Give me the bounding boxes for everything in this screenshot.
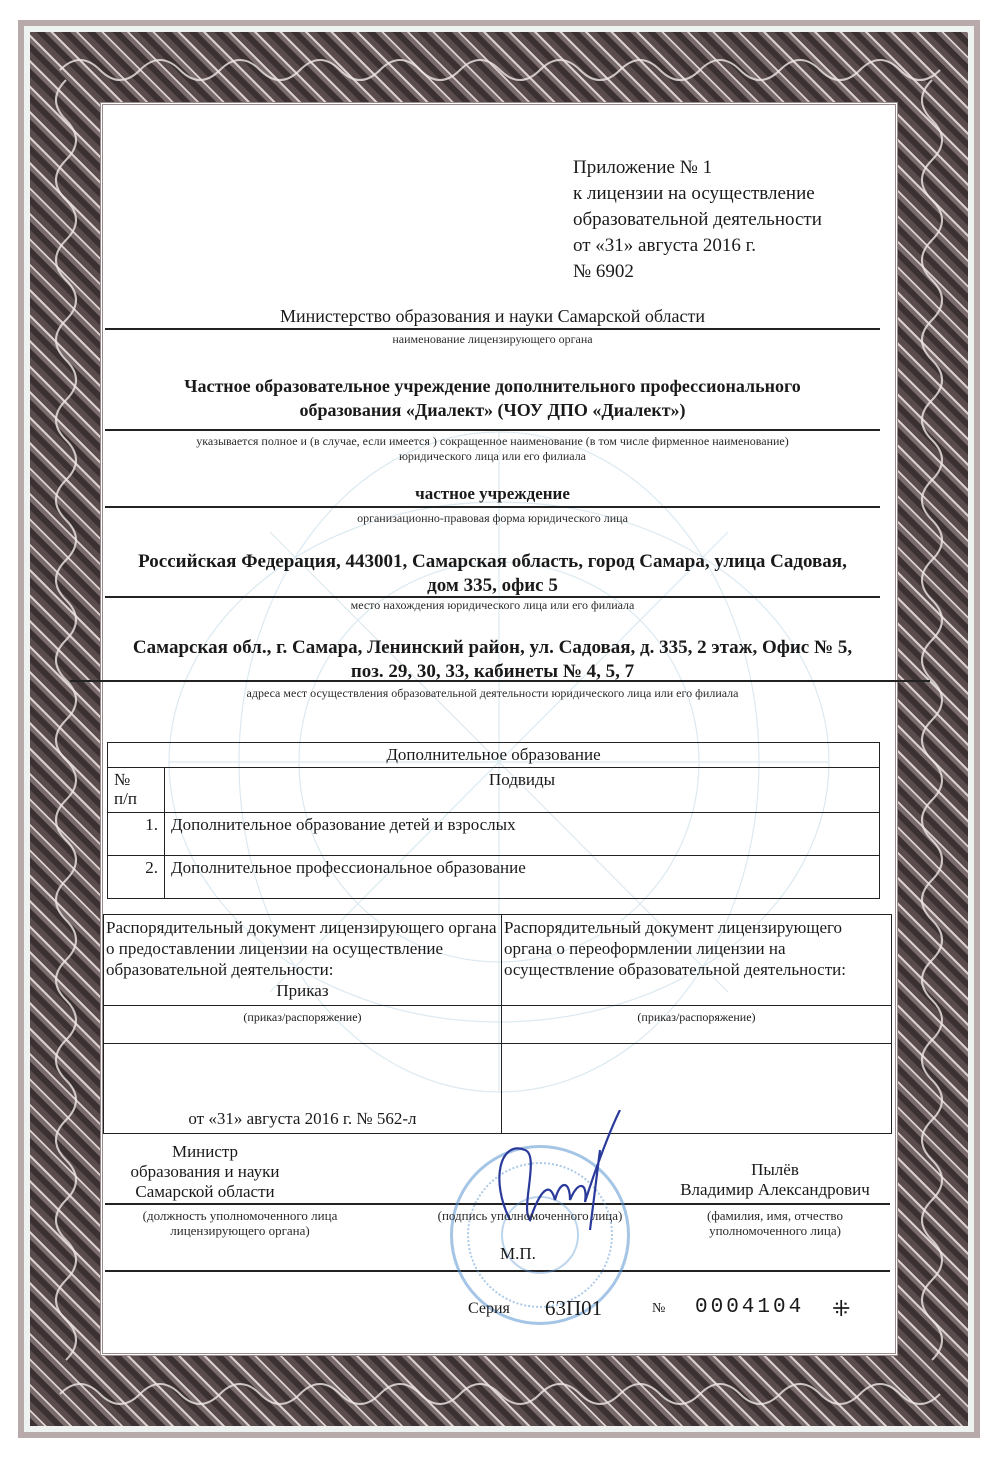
series-label: Серия — [468, 1300, 510, 1318]
form-number-value: 0004104 — [695, 1296, 804, 1319]
row-subtype-name: Дополнительное профессиональное образова… — [165, 856, 880, 899]
grant-document-details: от «31» августа 2016 г. № 562-л — [104, 1044, 502, 1134]
row-number: 2. — [108, 856, 165, 899]
column-header-number-line-1: № — [114, 770, 158, 789]
column-header-subtypes: Подвиды — [165, 768, 880, 813]
reissue-document-heading: Распорядительный документ лицензирующего… — [504, 917, 889, 980]
legal-address: Российская Федерация, 443001, Самарская … — [105, 550, 880, 598]
appendix-license-number: № 6902 — [573, 259, 822, 285]
administrative-documents-table: Распорядительный документ лицензирующего… — [103, 914, 892, 1134]
number-label: № — [652, 1301, 665, 1317]
organization-caption-line-2: юридического лица или его филиала — [105, 449, 880, 464]
legal-address-line-2: дом 335, офис 5 — [105, 574, 880, 598]
appendix-header: Приложение № 1 к лицензии на осуществлен… — [573, 155, 822, 285]
grant-document-type: Приказ — [106, 980, 499, 1001]
activity-address-line-1: Самарская обл., г. Самара, Ленинский рай… — [105, 636, 880, 660]
organization-name: Частное образовательное учреждение допол… — [105, 374, 880, 422]
authorized-person-name: Пылёв Владимир Александрович — [660, 1160, 890, 1200]
legal-form-value: частное учреждение — [105, 484, 880, 504]
education-types-table: Дополнительное образование № п/п Подвиды… — [107, 742, 880, 899]
activity-address-caption: адреса мест осуществления образовательно… — [105, 686, 880, 701]
name-line-1: Пылёв — [660, 1160, 890, 1180]
licensing-body-caption: наименование лицензирующего органа — [105, 332, 880, 347]
row-subtype-name: Дополнительное образование детей и взрос… — [165, 813, 880, 856]
legal-address-line-1: Российская Федерация, 443001, Самарская … — [105, 550, 880, 574]
name-line-2: Владимир Александрович — [660, 1180, 890, 1200]
reissue-document-cell: Распорядительный документ лицензирующего… — [501, 915, 891, 1006]
table-row: 1. Дополнительное образование детей и вз… — [108, 813, 880, 856]
column-header-number: № п/п — [108, 768, 165, 813]
organization-caption: указывается полное и (в случае, если име… — [105, 434, 880, 464]
appendix-subtitle-2: образовательной деятельности — [573, 207, 822, 233]
position-line-3: Самарской области — [110, 1182, 300, 1202]
name-caption-line-1: (фамилия, имя, отчество — [660, 1208, 890, 1223]
organization-caption-line-1: указывается полное и (в случае, если име… — [105, 434, 880, 449]
appendix-subtitle-1: к лицензии на осуществление — [573, 181, 822, 207]
seal-label: М.П. — [500, 1244, 536, 1264]
position-caption: (должность уполномоченного лица лицензир… — [110, 1208, 370, 1238]
appendix-date: от «31» августа 2016 г. — [573, 233, 822, 259]
signature-caption: (подпись уполномоченного лица) — [410, 1208, 650, 1223]
row-number: 1. — [108, 813, 165, 856]
reissue-type-caption: (приказ/распоряжение) — [501, 1006, 891, 1044]
security-mark-icon: ⁜ — [832, 1296, 850, 1322]
grant-document-cell: Распорядительный документ лицензирующего… — [104, 915, 502, 1006]
documents-heading-row: Распорядительный документ лицензирующего… — [104, 915, 892, 1006]
legal-address-caption: место нахождения юридического лица или е… — [105, 598, 880, 613]
column-header-number-line-2: п/п — [114, 789, 158, 808]
grant-document-heading: Распорядительный документ лицензирующего… — [106, 917, 499, 980]
appendix-title: Приложение № 1 — [573, 155, 822, 181]
table-title-row: Дополнительное образование — [108, 743, 880, 768]
licensing-body-value: Министерство образования и науки Самарск… — [105, 306, 880, 327]
table-row: 2. Дополнительное профессиональное образ… — [108, 856, 880, 899]
documents-caption-row: (приказ/распоряжение) (приказ/распоряжен… — [104, 1006, 892, 1044]
series-value: 63П01 — [545, 1296, 602, 1321]
name-caption: (фамилия, имя, отчество уполномоченного … — [660, 1208, 890, 1238]
divider — [70, 680, 930, 682]
position-caption-line-1: (должность уполномоченного лица — [110, 1208, 370, 1223]
divider — [105, 506, 880, 508]
grant-type-caption: (приказ/распоряжение) — [104, 1006, 502, 1044]
position-caption-line-2: лицензирующего органа) — [110, 1223, 370, 1238]
name-caption-line-2: уполномоченного лица) — [660, 1223, 890, 1238]
organization-name-line-1: Частное образовательное учреждение допол… — [105, 374, 880, 398]
activity-address: Самарская обл., г. Самара, Ленинский рай… — [105, 636, 880, 684]
legal-form-caption: организационно-правовая форма юридическо… — [105, 511, 880, 526]
authorized-person-position: Министр образования и науки Самарской об… — [110, 1142, 300, 1202]
signature-icon — [470, 1110, 630, 1250]
position-line-1: Министр — [110, 1142, 300, 1162]
position-line-2: образования и науки — [110, 1162, 300, 1182]
divider — [105, 328, 880, 330]
organization-name-line-2: образования «Диалект» (ЧОУ ДПО «Диалект»… — [105, 398, 880, 422]
divider — [105, 429, 880, 431]
table-title: Дополнительное образование — [108, 743, 880, 768]
table-header-row: № п/п Подвиды — [108, 768, 880, 813]
